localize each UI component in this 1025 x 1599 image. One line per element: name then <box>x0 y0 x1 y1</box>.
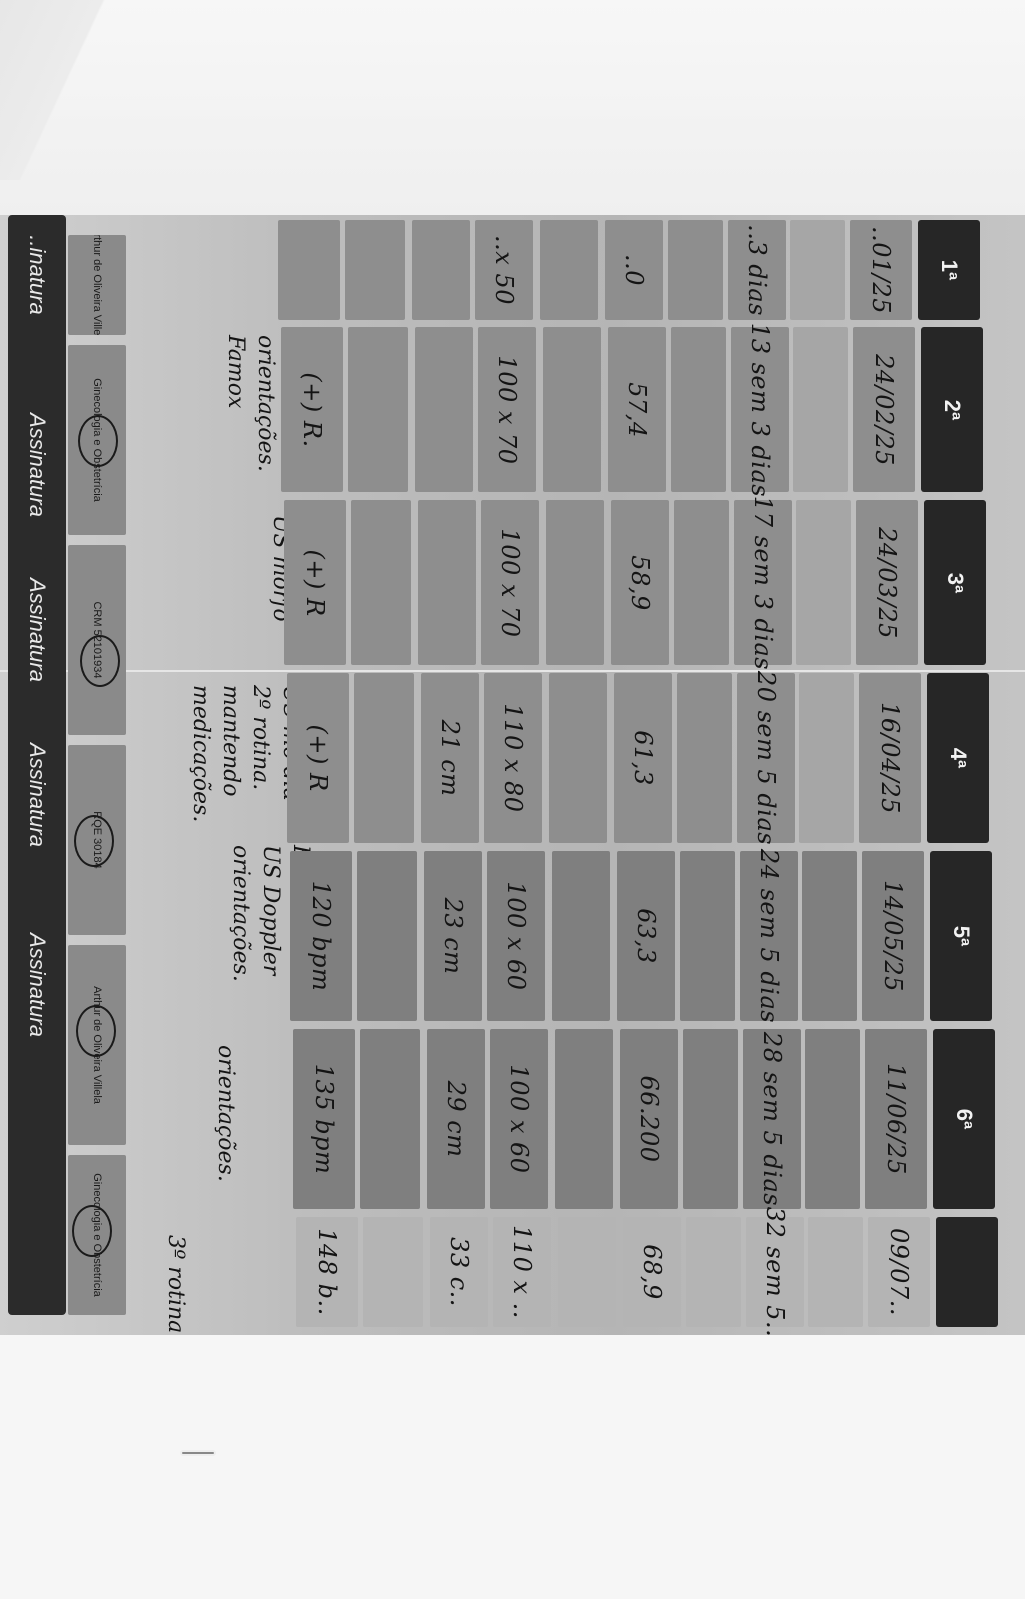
cell-value: 28 sem 5 dias <box>758 1032 786 1206</box>
table-cell <box>805 1029 860 1209</box>
signature-label: Assinatura <box>24 578 50 682</box>
cell-value: ..01/25 <box>867 226 895 314</box>
visit-header-cell: 4ª <box>927 673 989 843</box>
table-cell: (+) R <box>284 500 346 665</box>
signature-scribble <box>72 1205 112 1257</box>
table-cell <box>418 500 476 665</box>
table-cell <box>802 851 857 1021</box>
cell-value: 16/04/25 <box>876 702 904 814</box>
table-cell: 20 sem 5 dias <box>737 673 795 843</box>
doctor-stamp: Arthur de Oliveira Villela <box>68 945 126 1145</box>
table-cell: 100 x 70 <box>478 327 536 492</box>
visit-header-cell: 2ª <box>921 327 983 492</box>
table-cell: ..x 50 <box>475 220 533 320</box>
table-cell: 135 bpm <box>293 1029 355 1209</box>
table-cell: (+) R. <box>281 327 343 492</box>
cell-value: 110 x .. <box>508 1225 536 1319</box>
table-cell: 100 x 60 <box>487 851 545 1021</box>
table-cell: 17 sem 3 dias <box>734 500 792 665</box>
signature-label: Assinatura <box>24 743 50 847</box>
cell-value: 68,9 <box>638 1244 666 1299</box>
doctor-stamp: RQE 30184 <box>68 745 126 935</box>
cell-value: ..3 dias <box>743 224 771 316</box>
doctor-stamp: Ginecologia e Obstetrícia <box>68 1155 126 1315</box>
paper-clip <box>180 1450 216 1456</box>
cell-value: 24 sem 5 dias <box>755 849 783 1023</box>
visit-header-cell <box>936 1217 998 1327</box>
table-cell: 32 sem 5.. <box>746 1217 804 1327</box>
table-cell: 28 sem 5 dias <box>743 1029 801 1209</box>
table-cell: 110 x .. <box>493 1217 551 1327</box>
table-cell <box>357 851 417 1021</box>
table-cell <box>354 673 414 843</box>
signature-label: ..inatura <box>24 235 50 315</box>
visit-number: 3ª <box>942 572 968 592</box>
table-cell <box>555 1029 613 1209</box>
cell-value: 13 sem 3 dias <box>746 322 774 496</box>
cell-value: 100 x 60 <box>505 1064 533 1173</box>
table-cell <box>348 327 408 492</box>
table-cell <box>680 851 735 1021</box>
table-cell <box>668 220 723 320</box>
table-cell: 63,3 <box>617 851 675 1021</box>
cell-value: 29 cm <box>442 1081 470 1158</box>
cell-value: 21 cm <box>436 720 464 797</box>
table-cell <box>796 500 851 665</box>
table-cell <box>543 327 601 492</box>
signature-scribble <box>78 415 118 467</box>
table-cell <box>360 1029 420 1209</box>
table-cell: 100 x 70 <box>481 500 539 665</box>
table-cell: ..01/25 <box>850 220 912 320</box>
table-cell: 100 x 60 <box>490 1029 548 1209</box>
table-cell: 61,3 <box>614 673 672 843</box>
table-cell <box>683 1029 738 1209</box>
prenatal-record-sheet: ..inatura Assinatura Assinatura Assinatu… <box>0 215 1025 1335</box>
table-cell <box>686 1217 741 1327</box>
table-cell: (+) R <box>287 673 349 843</box>
table-cell: 23 cm <box>424 851 482 1021</box>
table-cell: 148 b.. <box>296 1217 358 1327</box>
cell-value: 61,3 <box>629 730 657 785</box>
cell-value: 14/05/25 <box>879 880 907 992</box>
doctor-stamp: Ginecologia e Obstetrícia <box>68 345 126 535</box>
table-cell: 09/07.. <box>868 1217 930 1327</box>
underlying-page-edge <box>0 0 120 180</box>
table-cell <box>278 220 340 320</box>
table-cell <box>540 220 598 320</box>
table-cell: 13 sem 3 dias <box>731 327 789 492</box>
table-cell <box>671 327 726 492</box>
cell-value: 23 cm <box>439 898 467 975</box>
table-cell <box>799 673 854 843</box>
signature-label: Assinatura <box>24 933 50 1037</box>
cell-value: 148 b.. <box>313 1228 341 1316</box>
cell-value: 58,9 <box>626 555 654 610</box>
table-cell: 11/06/25 <box>865 1029 927 1209</box>
visit-header-cell: 1ª <box>918 220 980 320</box>
cell-value: 20 sem 5 dias <box>752 671 780 845</box>
signature-scribble <box>74 815 114 867</box>
cell-value: 24/03/25 <box>873 527 901 639</box>
table-cell <box>677 673 732 843</box>
table-cell: 24 sem 5 dias <box>740 851 798 1021</box>
table-cell: 16/04/25 <box>859 673 921 843</box>
visit-note-7: 3º rotina <box>160 1235 190 1333</box>
table-cell: ..3 dias <box>728 220 786 320</box>
table-cell: 110 x 80 <box>484 673 542 843</box>
cell-value: 09/07.. <box>885 1228 913 1316</box>
cell-value: ..x 50 <box>490 235 518 305</box>
visit-number: 1ª <box>936 260 962 280</box>
visit-header-cell: 6ª <box>933 1029 995 1209</box>
table-cell <box>546 500 604 665</box>
cell-value: 11/06/25 <box>882 1063 910 1175</box>
doctor-stamp: Arthur de Oliveira Villela <box>68 235 126 335</box>
stamp-name: Arthur de Oliveira Villela <box>91 235 103 335</box>
cell-value: (+) R <box>304 724 332 791</box>
cell-value: 135 bpm <box>310 1064 338 1174</box>
table-cell: 24/02/25 <box>853 327 915 492</box>
visit-header-cell: 5ª <box>930 851 992 1021</box>
table-cell: 68,9 <box>623 1217 681 1327</box>
table-cell: 57,4 <box>608 327 666 492</box>
cell-value: 24/02/25 <box>870 354 898 466</box>
table-cell: 66.200 <box>620 1029 678 1209</box>
visit-number: 6ª <box>951 1109 977 1129</box>
table-cell: 21 cm <box>421 673 479 843</box>
cell-value: 66.200 <box>635 1076 663 1163</box>
background-surface-bottom <box>0 1330 1025 1599</box>
visit-header-cell: 3ª <box>924 500 986 665</box>
visit-number: 5ª <box>948 926 974 946</box>
cell-value: 100 x 70 <box>493 355 521 464</box>
table-cell <box>808 1217 863 1327</box>
table-cell <box>790 220 845 320</box>
visits-table: 1ª..01/25..3 dias..0..x 502ª24/02/2513 s… <box>210 215 1025 1335</box>
table-cell <box>558 1217 616 1327</box>
cell-value: ..0 <box>620 254 648 286</box>
table-cell: 29 cm <box>427 1029 485 1209</box>
table-cell <box>363 1217 423 1327</box>
table-cell <box>345 220 405 320</box>
table-cell <box>415 327 473 492</box>
cell-value: 57,4 <box>623 382 651 437</box>
table-cell: ..0 <box>605 220 663 320</box>
signature-scribble <box>76 1005 116 1057</box>
cell-value: 110 x 80 <box>499 703 527 812</box>
table-cell: 14/05/25 <box>862 851 924 1021</box>
signature-scribble <box>80 635 120 687</box>
table-cell <box>793 327 848 492</box>
table-cell: 58,9 <box>611 500 669 665</box>
table-cell <box>351 500 411 665</box>
doctor-stamp: CRM 52101934 <box>68 545 126 735</box>
cell-value: 33 c.. <box>445 1237 473 1307</box>
cell-value: 32 sem 5.. <box>761 1207 789 1338</box>
cell-value: 17 sem 3 dias <box>749 495 777 669</box>
background-surface <box>0 0 1025 215</box>
signature-label: Assinatura <box>24 413 50 517</box>
stamp-column: Arthur de Oliveira Villela Ginecologia e… <box>68 215 130 1325</box>
table-cell <box>549 673 607 843</box>
visit-number: 4ª <box>945 748 971 768</box>
cell-value: 120 bpm <box>307 881 335 991</box>
table-cell <box>412 220 470 320</box>
table-cell: 120 bpm <box>290 851 352 1021</box>
cell-value: 100 x 60 <box>502 881 530 990</box>
table-cell <box>674 500 729 665</box>
table-cell: 33 c.. <box>430 1217 488 1327</box>
cell-value: 63,3 <box>632 908 660 963</box>
cell-value: (+) R. <box>298 372 326 447</box>
table-cell: 24/03/25 <box>856 500 918 665</box>
table-cell <box>552 851 610 1021</box>
cell-value: (+) R <box>301 549 329 616</box>
cell-value: 100 x 70 <box>496 528 524 637</box>
visit-number: 2ª <box>939 399 965 419</box>
